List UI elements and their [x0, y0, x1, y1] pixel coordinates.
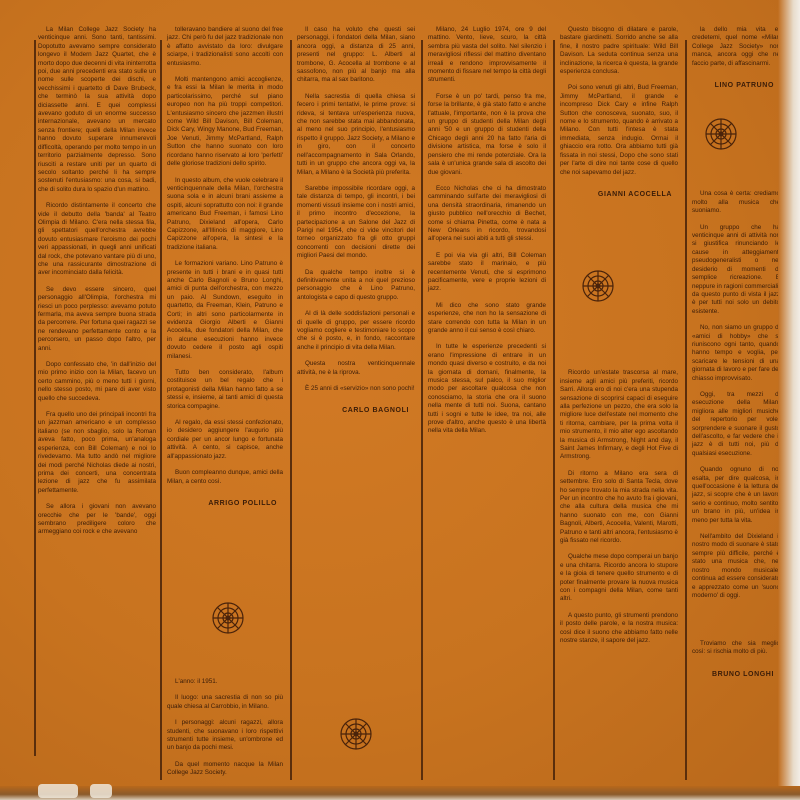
paragraph: Mi dico che sono stato grande esperienze…: [428, 302, 546, 336]
record-sleeve-back: La Milan College Jazz Society ha ventici…: [0, 0, 800, 800]
paragraph: Ecco Nicholas che ci ha dimostrato cammi…: [428, 185, 546, 244]
paragraph: la dello mia vita e, credetemi, quel nom…: [692, 26, 780, 68]
paragraph: Il luogo: una sacrestia di non so più qu…: [167, 694, 283, 711]
paragraph: Dopo confessato che, 'in dall'inizio del…: [38, 361, 156, 403]
paragraph: Nell'ambito del Dixieland il nostro modo…: [692, 533, 780, 600]
paragraph: Di ritorno a Milano era sera di settembr…: [560, 470, 678, 546]
paragraph: In questo album, che vuole celebrare il …: [167, 177, 283, 253]
paragraph: Sarebbe impossibile ricordare oggi, a ta…: [297, 185, 415, 261]
signature-lino-patruno: LINO PATRUNO: [692, 82, 774, 90]
paragraph: Nella sacrestia di quella chiesa si fece…: [297, 93, 415, 177]
paragraph: Forse è un po' tardi, penso fra me, fors…: [428, 93, 546, 177]
signature-gianni-acocella: GIANNI ACOCELLA: [560, 191, 672, 199]
paragraph: Fra quello uno dei principali incontri f…: [38, 411, 156, 495]
signature-carlo-bagnoli: CARLO BAGNOLI: [297, 407, 409, 415]
paragraph: Milano, 24 Luglio 1974, ore 9 del mattin…: [428, 26, 546, 85]
column-rule: [290, 40, 292, 780]
column-rule: [685, 40, 687, 780]
paragraph: Al regalo, da essi stessi confezionato, …: [167, 419, 283, 461]
rosette-ornament-icon: [580, 268, 616, 304]
paragraph: Quando ognuno di noi esalta, per dire qu…: [692, 466, 780, 525]
paragraph: Questo bisogno di dilatare e parole, bas…: [560, 26, 678, 76]
paragraph: Se devo essere sincero, quel personaggio…: [38, 286, 156, 353]
paragraph: A questo punto, gli strumenti prendono i…: [560, 612, 678, 646]
column-rule: [160, 40, 162, 780]
signature-arrigo-polillo: ARRIGO POLILLO: [167, 500, 277, 508]
paragraph: Tutto ben considerato, l'album costituis…: [167, 369, 283, 411]
paragraph: È 25 anni di «servizio» non sono pochi!: [297, 385, 415, 393]
paragraph: tolleravano bandiere al suono del free j…: [167, 26, 283, 68]
rosette-ornament-icon: [210, 600, 246, 636]
column-2: tolleravano bandiere al suono del free j…: [167, 12, 283, 786]
paragraph: E poi via via gli altri, Bill Coleman sa…: [428, 252, 546, 294]
wear-mark: [38, 784, 78, 798]
paragraph: Poi sono venuti gli altri, Bud Freeman, …: [560, 84, 678, 176]
paragraph: Oggi, tra mezzi di esecuzione della Mila…: [692, 391, 780, 458]
paragraph: No, non siamo un gruppo di «amici di hob…: [692, 324, 780, 383]
paragraph: Una cosa è certa: crediamo molto alla mu…: [692, 190, 780, 215]
column-rule: [553, 40, 555, 780]
column-1: La Milan College Jazz Society ha ventici…: [38, 12, 156, 786]
paragraph: Un gruppo che ha venticinque anni di att…: [692, 224, 780, 316]
column-6-end: Troviamo che sia meglio così: si rischia…: [692, 640, 780, 679]
intro-block: L'anno: il 1951. Il luogo: una sacrestia…: [167, 678, 283, 786]
column-4: Milano, 24 Luglio 1974, ore 9 del mattin…: [428, 12, 546, 786]
paragraph: Se allora i giovani non avevano orecchie…: [38, 503, 156, 537]
paragraph: In tutte le esperienze precedenti si era…: [428, 343, 546, 435]
paragraph: Da quel momento nacque la Milan College …: [167, 761, 283, 778]
sleeve-edge: [0, 786, 800, 800]
column-5: Questo bisogno di dilatare e parole, bas…: [560, 12, 678, 786]
paragraph: Ricordo distintamente il concerto che vi…: [38, 202, 156, 278]
paragraph: La Milan College Jazz Society ha ventici…: [38, 26, 156, 194]
paragraph: Qualche mese dopo comperai un banjo e un…: [560, 553, 678, 603]
paragraph: Questa nostra venticinquennale attività,…: [297, 360, 415, 377]
rosette-ornament-icon: [703, 116, 739, 152]
column-3: Il caso ha voluto che questi sei persona…: [297, 12, 415, 786]
column-rule: [34, 40, 36, 756]
paragraph: Da qualche tempo inoltre si è definitiva…: [297, 269, 415, 303]
paragraph: L'anno: il 1951.: [167, 678, 283, 686]
paragraph: Il caso ha voluto che questi sei persona…: [297, 26, 415, 85]
sleeve-edge: [778, 0, 800, 800]
paragraph: Ricordo un'estate trascorsa al mare, ins…: [560, 369, 678, 461]
paragraph: I personaggi: alcuni ragazzi, allora stu…: [167, 719, 283, 753]
signature-bruno-longhi: BRUNO LONGHI: [692, 671, 774, 679]
paragraph: Troviamo che sia meglio così: si rischia…: [692, 640, 780, 657]
paragraph: Molti mantengono amici accoglienze, e fr…: [167, 76, 283, 168]
wear-mark: [90, 784, 112, 798]
paragraph: Buon compleanno dunque, amici della Mila…: [167, 469, 283, 486]
column-rule: [421, 40, 423, 780]
rosette-ornament-icon: [338, 716, 374, 752]
paragraph: Le formazioni variano. Lino Patruno è pr…: [167, 260, 283, 361]
paragraph: Al di là delle soddisfazioni personali e…: [297, 310, 415, 352]
